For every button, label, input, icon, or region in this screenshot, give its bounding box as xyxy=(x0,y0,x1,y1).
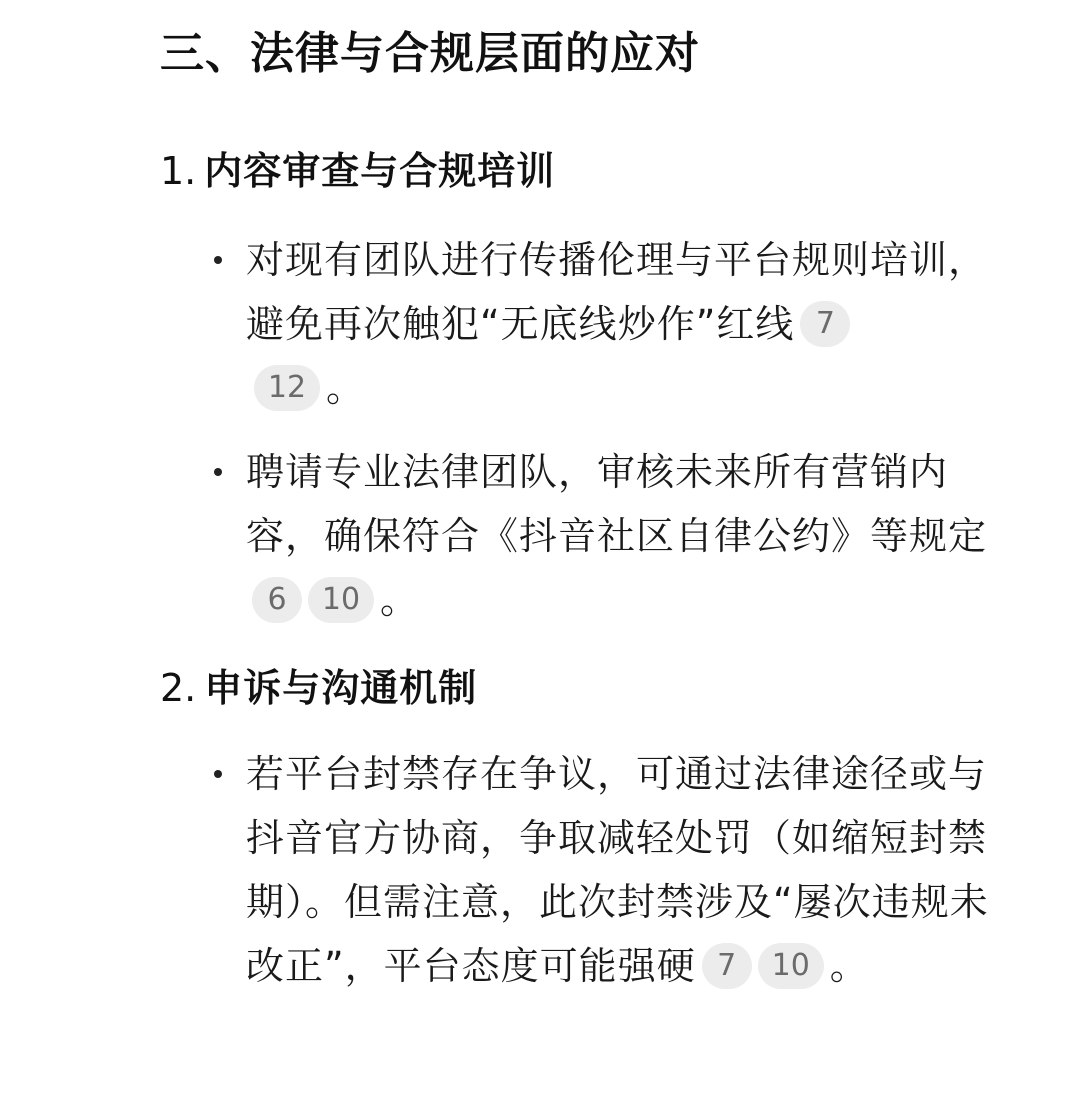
section-heading: 三、法律与合规层面的应对 xyxy=(160,22,700,86)
sentence-end: 。 xyxy=(830,944,869,988)
subsection-title-1: 1.内容审查与合规培训 xyxy=(160,143,555,199)
subsection-title-2: 2.申诉与沟通机制 xyxy=(160,660,477,716)
bullet-icon xyxy=(214,256,222,264)
citation-badge[interactable]: 12 xyxy=(254,365,320,411)
bullet-icon xyxy=(214,468,222,476)
citation-badge[interactable]: 6 xyxy=(252,577,302,623)
bullet-text: 若平台封禁存在争议，可通过法律途径或与抖音官方协商，争取减轻处罚（如缩短封禁期）… xyxy=(246,752,989,988)
citation-badge[interactable]: 7 xyxy=(800,301,850,347)
sentence-end: 。 xyxy=(380,578,419,622)
list-number: 2. xyxy=(160,666,196,710)
bullet-icon xyxy=(214,770,222,778)
list-number: 1. xyxy=(160,149,196,193)
list-item: 聘请专业法律团队，审核未来所有营销内容，确保符合《抖音社区自律公约》等规定610… xyxy=(206,440,1026,632)
citation-badge[interactable]: 10 xyxy=(308,577,374,623)
list-item: 对现有团队进行传播伦理与平台规则培训，避免再次触犯“无底线炒作”红线712。 xyxy=(206,228,1026,420)
bullet-text: 聘请专业法律团队，审核未来所有营销内容，确保符合《抖音社区自律公约》等规定 xyxy=(246,450,987,558)
citation-badge[interactable]: 7 xyxy=(702,943,752,989)
subsection-label: 内容审查与合规培训 xyxy=(204,149,555,193)
sentence-end: 。 xyxy=(326,366,365,410)
bullet-text: 对现有团队进行传播伦理与平台规则培训，避免再次触犯“无底线炒作”红线 xyxy=(246,238,987,346)
list-item: 若平台封禁存在争议，可通过法律途径或与抖音官方协商，争取减轻处罚（如缩短封禁期）… xyxy=(206,742,1026,998)
citation-badge[interactable]: 10 xyxy=(758,943,824,989)
subsection-label: 申诉与沟通机制 xyxy=(204,666,477,710)
